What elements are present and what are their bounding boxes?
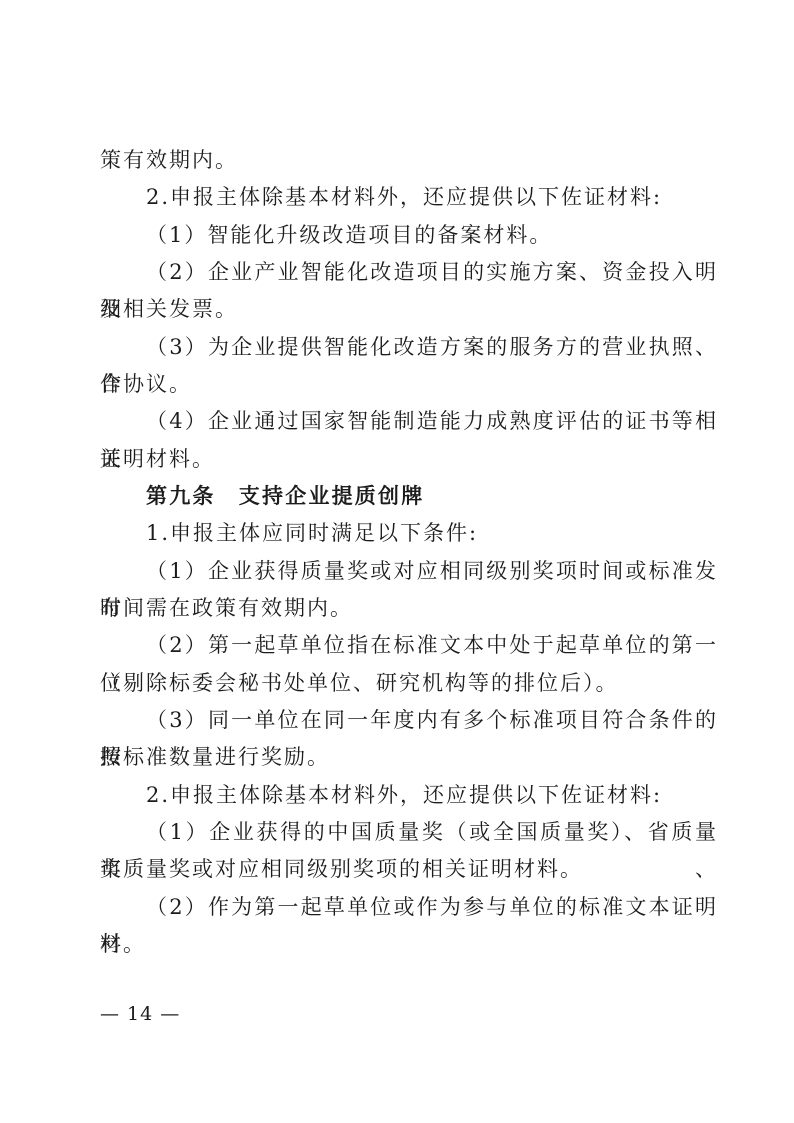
text-line: （2）作为第一起草单位或作为参与单位的标准文本证明材 (100, 889, 718, 926)
text-line: （剔除标委会秘书处单位、研究机构等的排位后）。 (100, 665, 718, 702)
page-number: — 14 — (100, 1000, 180, 1028)
document-page: 策有效期内。2.申报主体除基本材料外，还应提供以下佐证材料:（1）智能化升级改造… (0, 0, 794, 1123)
text-line: 及相关发票。 (100, 291, 718, 328)
text-line: （3）同一单位在同一年度内有多个标准项目符合条件的按 (100, 702, 718, 739)
text-line: 作协议。 (100, 366, 718, 403)
text-line: （1）企业获得质量奖或对应相同级别奖项时间或标准发布 (100, 553, 718, 590)
document-text-block: 策有效期内。2.申报主体除基本材料外，还应提供以下佐证材料:（1）智能化升级改造… (100, 142, 718, 963)
text-line: （4）企业通过国家智能制造能力成熟度评估的证书等相关 (100, 403, 718, 440)
text-line: （3）为企业提供智能化改造方案的服务方的营业执照、合 (100, 329, 718, 366)
text-line: 1.申报主体应同时满足以下条件: (100, 515, 718, 552)
text-line: 策有效期内。 (100, 142, 718, 179)
text-line: 证明材料。 (100, 441, 718, 478)
text-line: （2）第一起草单位指在标准文本中处于起草单位的第一位 (100, 627, 718, 664)
text-line: （1）企业获得的中国质量奖（或全国质量奖）、省质量奖、 (100, 814, 718, 851)
text-line: 2.申报主体除基本材料外，还应提供以下佐证材料: (100, 179, 718, 216)
section-heading: 第九条 支持企业提质创牌 (100, 478, 718, 515)
text-line: 2.申报主体除基本材料外，还应提供以下佐证材料: (100, 777, 718, 814)
text-line: 时间需在政策有效期内。 (100, 590, 718, 627)
text-line: （2）企业产业智能化改造项目的实施方案、资金投入明细 (100, 254, 718, 291)
text-line: 料。 (100, 926, 718, 963)
text-line: 照标准数量进行奖励。 (100, 739, 718, 776)
text-line: （1）智能化升级改造项目的备案材料。 (100, 217, 718, 254)
